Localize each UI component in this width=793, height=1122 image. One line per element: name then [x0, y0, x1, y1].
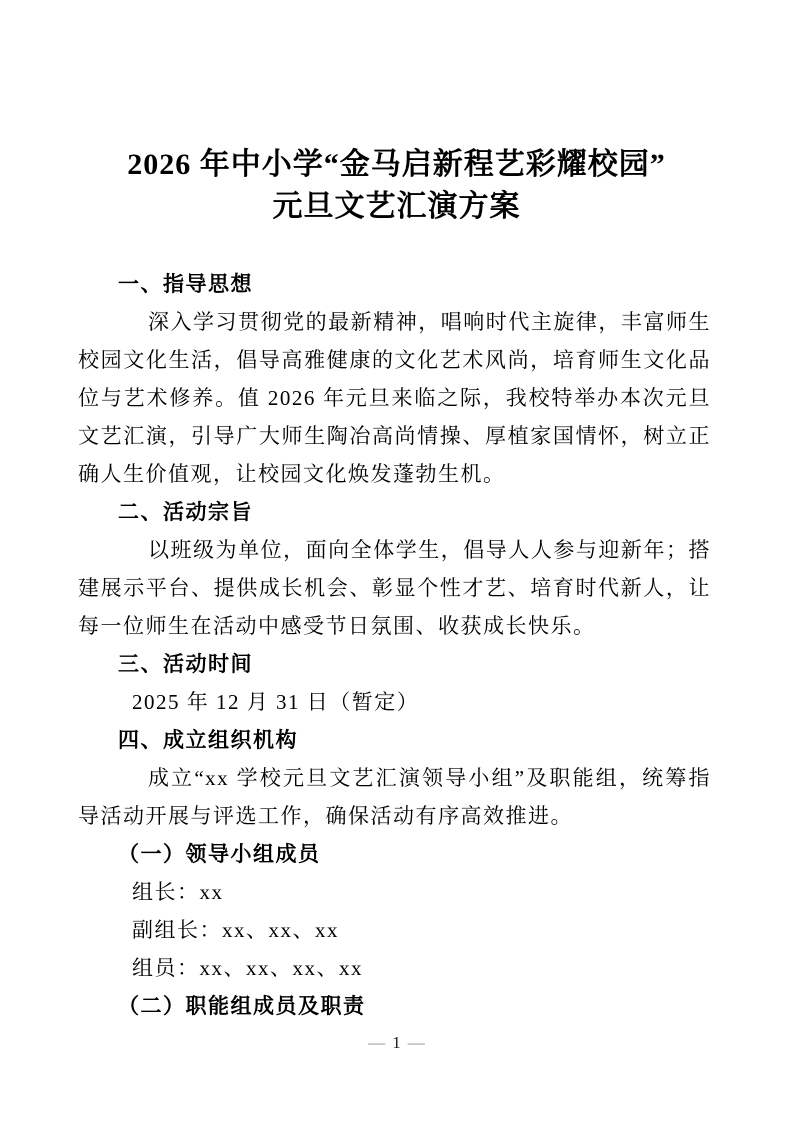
- document-page: 2026 年中小学“金马启新程艺彩耀校园” 元旦文艺汇演方案 一、指导思想 深入…: [0, 0, 793, 1122]
- paragraph-activity-purpose: 以班级为单位，面向全体学生，倡导人人参与迎新年；搭建展示平台、提供成长机会、彰显…: [78, 531, 711, 645]
- leader-line: 组长：xx: [78, 873, 711, 911]
- subheading-functional-group-duties: （二）职能组成员及职责: [78, 987, 711, 1025]
- footer-left-dash: —: [368, 1033, 385, 1052]
- document-body: 一、指导思想 深入学习贯彻党的最新精神，唱响时代主旋律，丰富师生校园文化生活，倡…: [78, 265, 711, 1025]
- page-footer: —1—: [0, 1032, 793, 1054]
- title-line-2: 元旦文艺汇演方案: [40, 186, 753, 228]
- paragraph-organization: 成立“xx 学校元旦文艺汇演领导小组”及职能组，统筹指导活动开展与评选工作，确保…: [78, 759, 711, 835]
- members-line: 组员：xx、xx、xx、xx: [78, 949, 711, 987]
- footer-right-dash: —: [408, 1033, 425, 1052]
- document-title: 2026 年中小学“金马启新程艺彩耀校园” 元旦文艺汇演方案: [40, 144, 753, 228]
- section-heading-organization: 四、成立组织机构: [78, 721, 711, 759]
- deputy-leader-line: 副组长：xx、xx、xx: [78, 911, 711, 949]
- subheading-leading-group-members: （一）领导小组成员: [78, 835, 711, 873]
- paragraph-guiding-ideology: 深入学习贯彻党的最新精神，唱响时代主旋律，丰富师生校园文化生活，倡导高雅健康的文…: [78, 303, 711, 493]
- section-heading-activity-time: 三、活动时间: [78, 645, 711, 683]
- activity-date-line: 2025 年 12 月 31 日（暂定）: [78, 683, 711, 721]
- section-heading-guiding-ideology: 一、指导思想: [78, 265, 711, 303]
- page-number: 1: [392, 1033, 401, 1052]
- section-heading-activity-purpose: 二、活动宗旨: [78, 493, 711, 531]
- title-line-1: 2026 年中小学“金马启新程艺彩耀校园”: [40, 144, 753, 186]
